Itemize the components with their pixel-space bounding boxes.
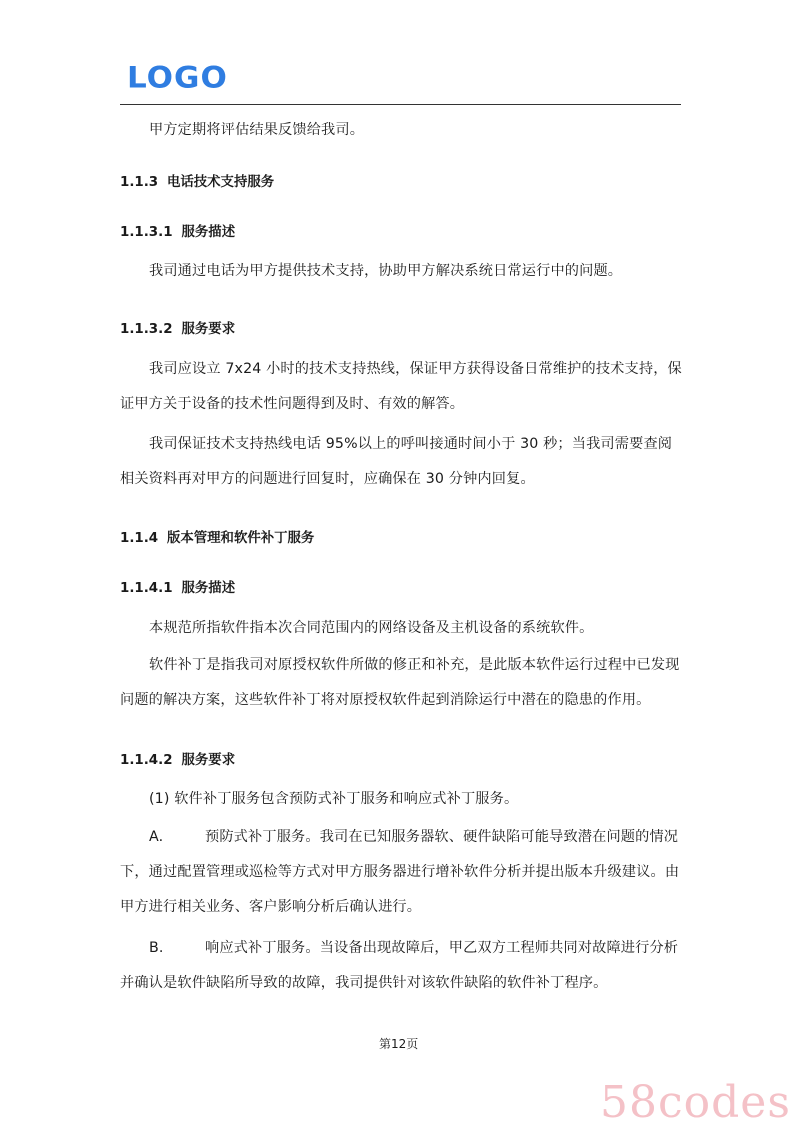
heading-number: 1.1.4.2 <box>120 753 173 768</box>
heading-1-1-3-1: 1.1.3.1服务描述 <box>120 221 685 240</box>
list-item-b: B.响应式补丁服务。当设备出现故障后，甲乙双方工程师共同对故障进行分析并确认是软… <box>120 931 685 1001</box>
heading-number: 1.1.3.2 <box>120 322 173 337</box>
paragraph: 我司保证技术支持热线电话 95%以上的呼叫接通时间小于 30 秒；当我司需要查阅… <box>120 427 685 497</box>
logo-text: LOGO <box>127 64 228 93</box>
heading-number: 1.1.3.1 <box>120 225 173 240</box>
list-item-a: A.预防式补丁服务。我司在已知服务器软、硬件缺陷可能导致潜在问题的情况下，通过配… <box>120 820 685 925</box>
heading-number: 1.1.4 <box>120 531 167 546</box>
heading-1-1-4: 1.1.4版本管理和软件补丁服务 <box>120 527 685 546</box>
logo: LOGO <box>127 63 227 93</box>
header-divider <box>120 104 681 105</box>
heading-title: 服务描述 <box>182 581 236 596</box>
list-item-label: A. <box>149 820 205 855</box>
watermark: 58codes <box>600 1077 791 1128</box>
heading-title: 版本管理和软件补丁服务 <box>167 531 314 546</box>
heading-title: 服务要求 <box>182 753 236 768</box>
heading-1-1-3-2: 1.1.3.2服务要求 <box>120 318 685 337</box>
heading-title: 服务要求 <box>182 322 236 337</box>
heading-1-1-4-1: 1.1.4.1服务描述 <box>120 577 685 596</box>
page-number: 第12页 <box>379 1035 418 1052</box>
heading-title: 服务描述 <box>182 225 236 240</box>
list-intro: (1) 软件补丁服务包含预防式补丁服务和响应式补丁服务。 <box>120 782 685 817</box>
heading-1-1-4-2: 1.1.4.2服务要求 <box>120 749 685 768</box>
heading-1-1-3: 1.1.3电话技术支持服务 <box>120 171 685 190</box>
paragraph: 软件补丁是指我司对原授权软件所做的修正和补充，是此版本软件运行过程中已发现问题的… <box>120 648 685 718</box>
intro-paragraph: 甲方定期将评估结果反馈给我司。 <box>120 113 685 148</box>
heading-title: 电话技术支持服务 <box>167 175 274 190</box>
heading-number: 1.1.4.1 <box>120 581 173 596</box>
paragraph: 我司应设立 7x24 小时的技术支持热线，保证甲方获得设备日常维护的技术支持，保… <box>120 352 685 422</box>
paragraph: 我司通过电话为甲方提供技术支持，协助甲方解决系统日常运行中的问题。 <box>120 254 685 289</box>
paragraph: 本规范所指软件指本次合同范围内的网络设备及主机设备的系统软件。 <box>120 611 685 646</box>
heading-number: 1.1.3 <box>120 175 167 190</box>
list-item-label: B. <box>149 931 205 966</box>
